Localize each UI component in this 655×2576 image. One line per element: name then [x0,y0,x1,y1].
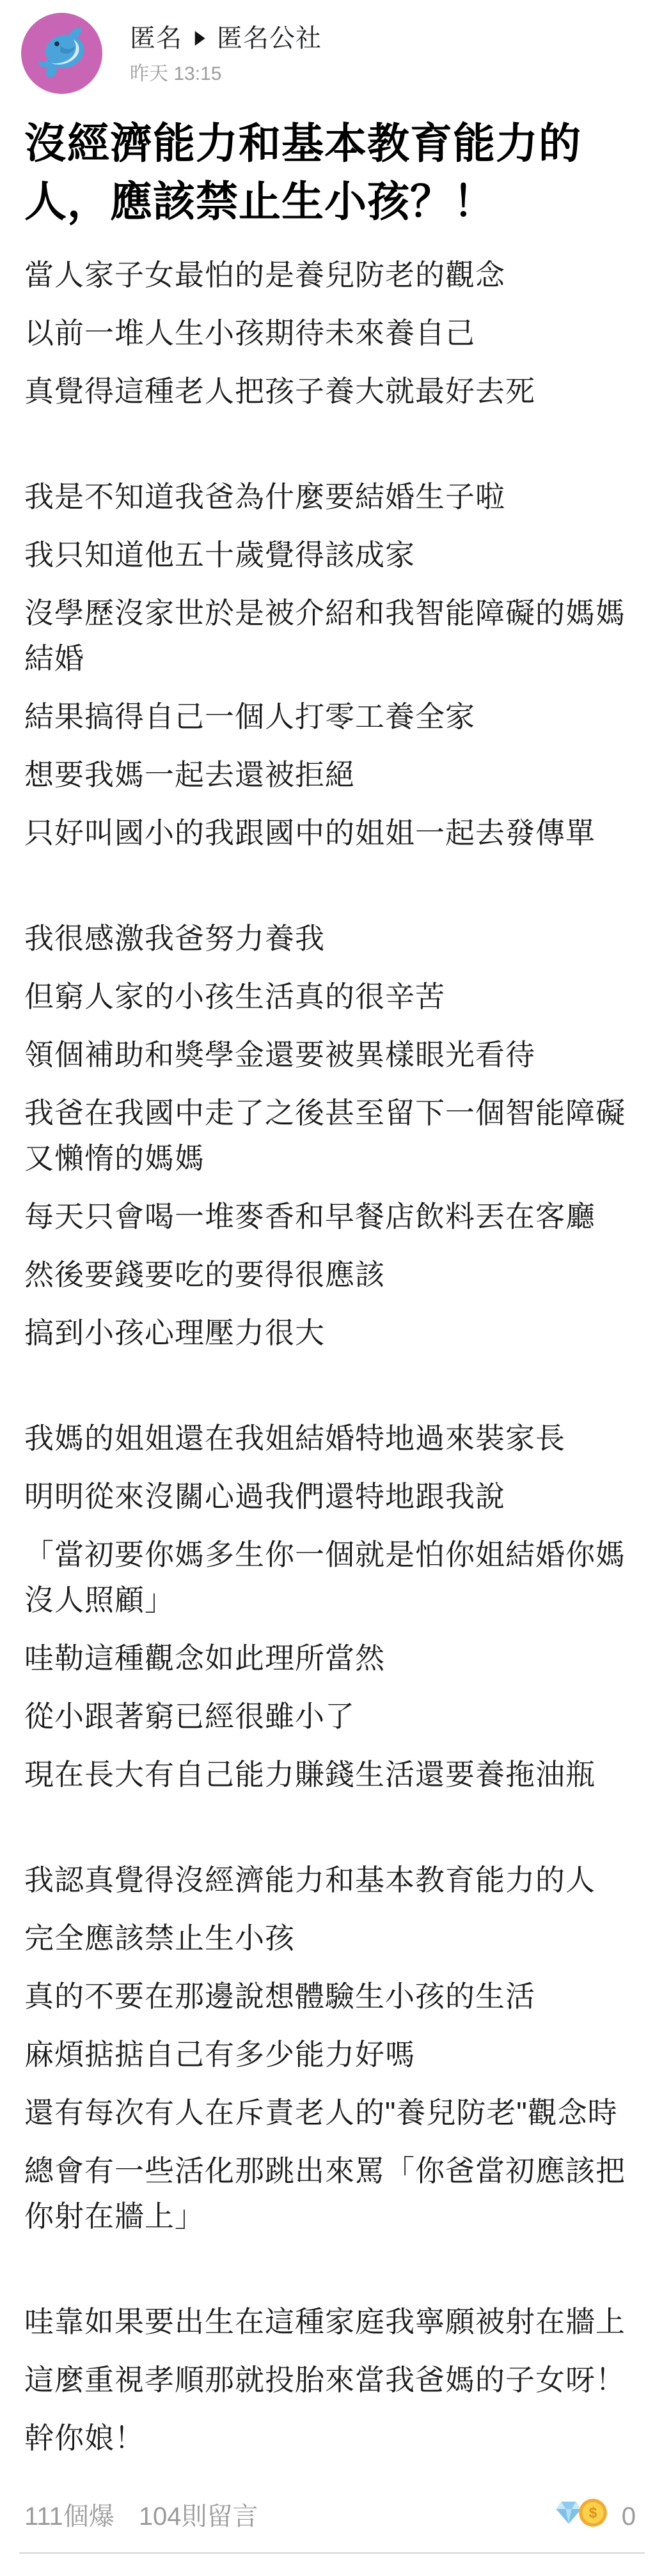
coin-icon: $ [578,2498,608,2534]
post-paragraph: 我媽的姐姐還在我姐結婚特地過來裝家長 [24,1416,651,1461]
post-paragraph: 我很感激我爸努力養我 [24,916,651,961]
name-row: 匿名 匿名公社 [130,23,322,54]
footer-divider [19,2552,645,2554]
post-paragraph: 真覺得這種老人把孩子養大就最好去死 [24,369,651,414]
coin-count: 0 [622,2501,636,2532]
post-paragraph: 領個補助和獎學金還要被異樣眼光看待 [24,1032,651,1078]
post-paragraph: 哇靠如果要出生在這種家庭我寧願被射在牆上 [24,2299,651,2345]
post-meta: 111個爆104則留言 $ [0,2498,655,2534]
post-paragraph: 完全應該禁止生小孩 [24,1916,651,1961]
reaction-count[interactable]: 111個爆 [24,2502,114,2531]
post-paragraph: 我只知道他五十歲覺得該成家 [24,532,651,578]
post-paragraph: 這麼重視孝順那就投胎來當我爸媽的子女呀！ [24,2357,651,2403]
post-paragraph: 當人家子女最怕的是養兒防老的觀念 [24,252,651,298]
post-paragraph: 沒學歷沒家世於是被介紹和我智能障礙的媽媽結婚 [24,591,651,681]
post-paragraph: 然後要錢要吃的要得很應該 [24,1252,651,1298]
post-paragraph: 「當初要你媽多生你一個就是怕你姐結婚你媽沒人照顧」 [24,1532,651,1623]
post-body: 當人家子女最怕的是養兒防老的觀念以前一堆人生小孩期待未來養自己真覺得這種老人把孩… [0,252,655,2461]
post-paragraph: 結果搞得自己一個人打零工養全家 [24,694,651,740]
post-paragraph: 搞到小孩心理壓力很大 [24,1310,651,1356]
post-paragraph: 麻煩掂掂自己有多少能力好嗎 [24,2032,651,2077]
post-paragraph: 想要我媽一起去還被拒絕 [24,752,651,798]
post-paragraph: 我是不知道我爸為什麼要結婚生子啦 [24,474,651,520]
group-name[interactable]: 匿名公社 [217,23,322,54]
post-paragraph: 只好叫國小的我跟國中的姐姐一起去發傳單 [24,811,651,856]
chevron-right-icon [193,30,207,50]
post-paragraph: 還有每次有人在斥責老人的"養兒防老"觀念時 [24,2090,651,2136]
paragraph-gap [24,1369,651,1416]
meta-right: $ 0 [554,2498,636,2534]
post-paragraph: 我認真覺得沒經濟能力和基本教育能力的人 [24,1858,651,1903]
paragraph-gap [24,427,651,474]
post-title: 沒經濟能力和基本教育能力的人，應該禁止生小孩？！ [24,114,600,231]
comment-count[interactable]: 104則留言 [139,2502,258,2531]
post-paragraph: 每天只會喝一堆麥香和早餐店飲料丟在客廳 [24,1194,651,1239]
paragraph-gap [24,869,651,916]
post-paragraph: 明明從來沒關心過我們還特地跟我說 [24,1474,651,1519]
post-paragraph: 幹你娘！ [24,2416,651,2461]
post-paragraph: 我爸在我國中走了之後甚至留下一個智能障礙又懶惰的媽媽 [24,1090,651,1181]
post-paragraph: 但窮人家的小孩生活真的很辛苦 [24,974,651,1020]
post-paragraph: 總會有一些活化那跳出來罵「你爸當初應該把你射在牆上」 [24,2148,651,2239]
post-paragraph: 哇勒這種觀念如此理所當然 [24,1636,651,1681]
post-paragraph: 以前一堆人生小孩期待未來養自己 [24,311,651,356]
svg-text:$: $ [588,2504,597,2521]
post-paragraph: 現在長大有自己能力賺錢生活還要養拖油瓶 [24,1752,651,1797]
header-text: 匿名 匿名公社 昨天 13:15 [130,13,322,86]
author-name[interactable]: 匿名 [130,23,182,54]
post-header: 匿名 匿名公社 昨天 13:15 [0,0,655,94]
avatar[interactable] [21,13,102,94]
post-timestamp: 昨天 13:15 [130,63,322,86]
paragraph-gap [24,2252,651,2299]
post-paragraph: 從小跟著窮已經很雖小了 [24,1694,651,1739]
paragraph-gap [24,1810,651,1858]
post-page: 匿名 匿名公社 昨天 13:15 沒經濟能力和基本教育能力的人，應該禁止生小孩？… [0,0,655,2576]
dolphin-icon [32,22,92,85]
post-paragraph: 真的不要在那邊說想體驗生小孩的生活 [24,1974,651,2019]
meta-left: 111個爆104則留言 [24,2501,283,2532]
